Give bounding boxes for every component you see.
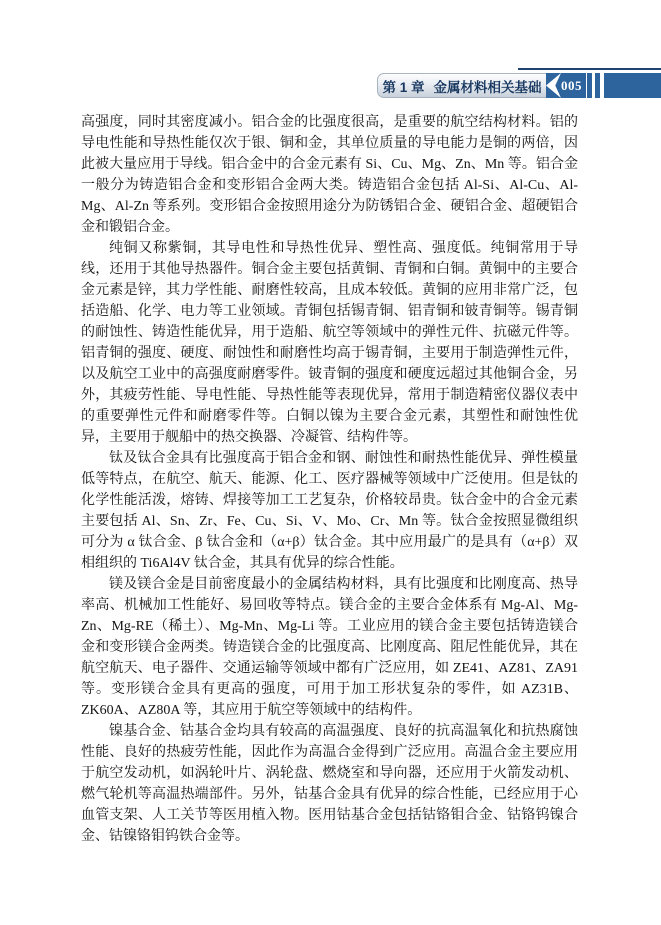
header-stripe-thin-2 bbox=[595, 73, 600, 98]
header-accent-line bbox=[518, 68, 661, 70]
chapter-title: 金属材料相关基础 bbox=[434, 76, 542, 96]
paragraph-nickel-cobalt-alloys: 镍基合金、钴基合金均具有较高的高温强度、良好的抗高温氧化和抗热腐蚀性能、良好的热… bbox=[81, 721, 578, 847]
paragraph-titanium-alloys: 钛及钛合金具有比强度高于铝合金和钢、耐蚀性和耐热性能优异、弹性模量低等特点，在航… bbox=[81, 448, 578, 574]
chapter-number-label: 第 1 章 bbox=[382, 76, 424, 96]
header-stripe-bar bbox=[604, 73, 661, 98]
paragraph-magnesium-alloys: 镁及镁合金是目前密度最小的金属结构材料，具有比强度和比刚度高、热导率高、机械加工… bbox=[81, 574, 578, 721]
paragraph-copper-alloys: 纯铜又称紫铜，其导电性和导热性优异、塑性高、强度低。纯铜常用于导线，还用于其他导… bbox=[81, 238, 578, 448]
page-number-badge: 005 bbox=[546, 73, 586, 98]
book-page: 第 1 章 金属材料相关基础 005 高强度，同时其密度减小。铝合金的比强度很高… bbox=[0, 0, 661, 925]
paragraph-aluminum-alloys: 高强度，同时其密度减小。铝合金的比强度很高，是重要的航空结构材料。铝的导电性能和… bbox=[81, 112, 578, 238]
chapter-heading: 第 1 章 金属材料相关基础 bbox=[377, 73, 546, 98]
chevron-left-icon bbox=[546, 73, 561, 98]
body-text: 高强度，同时其密度减小。铝合金的比强度很高，是重要的航空结构材料。铝的导电性能和… bbox=[81, 112, 578, 847]
page-number: 005 bbox=[561, 78, 582, 94]
header-stripe-thin-1 bbox=[587, 73, 592, 98]
